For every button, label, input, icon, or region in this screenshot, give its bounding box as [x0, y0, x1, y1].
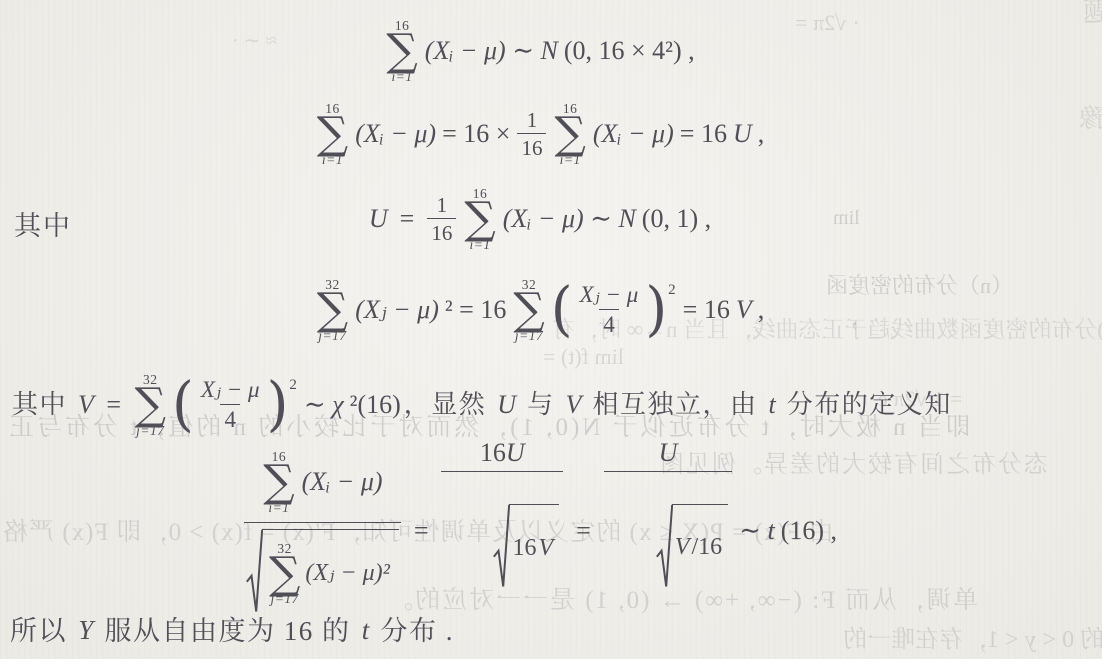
math-text: (Xᵢ − μ) [355, 120, 436, 149]
fraction-denominator: 4 [599, 309, 619, 338]
exponent: 2 [668, 282, 676, 299]
math-text: (Xᵢ − μ) ∼ N [503, 205, 636, 234]
math-text: V [675, 534, 690, 560]
fraction: Xⱼ − μ 4 [576, 282, 643, 339]
math-text: = 16 [683, 296, 730, 325]
parenthesized-fraction: ( Xⱼ − μ 4 ) 2 [552, 282, 677, 339]
math-text: t [769, 391, 776, 420]
bleedthrough-text: 对固定的 0 < y < 1，存在唯一的 [843, 627, 1102, 655]
summation-symbol: 16 ∑ i=1 [554, 100, 585, 168]
parenthesized-fraction: ( Xⱼ − μ 4 ) 2 [173, 377, 298, 434]
fraction-numerator: 1 [523, 108, 542, 133]
chinese-text: 分布的定义知 [779, 389, 952, 420]
summation-symbol: 32 ∑ j=17 [269, 540, 300, 608]
math-text: = 16 [680, 120, 727, 149]
chinese-text: 相互独立，由 [584, 389, 765, 420]
chinese-text: ，显然 [404, 389, 495, 420]
formula-line-2: 16 ∑ i=1 (Xᵢ − μ) = 16 × 1 16 16 ∑ i=1 (… [0, 92, 1080, 176]
formula-line-3: U = 1 16 16 ∑ i=1 (Xᵢ − μ) ∼ N (0, 1) , [0, 176, 1080, 262]
fraction-numerator: Xⱼ − μ [576, 282, 643, 309]
chinese-text: 服从自由度为 16 的 [96, 615, 359, 647]
math-text: (Xⱼ − μ) [355, 296, 439, 325]
math-text: /16 [692, 534, 723, 560]
formula-line-1: 16 ∑ i=1 (Xᵢ − μ) ∼ N (0, 16 × 4²) , [0, 8, 1080, 94]
summation-symbol: 16 ∑ i=1 [317, 100, 348, 168]
math-text: ²(16) [350, 391, 401, 420]
math-text: U [506, 438, 525, 467]
sigma-glyph: ∑ [263, 464, 294, 499]
sum-lower-limit: j=17 [515, 329, 543, 343]
radical-icon [656, 504, 673, 589]
formula-line-4: 32 ∑ j=17 (Xⱼ − μ) ² = 16 32 ∑ j=17 ( Xⱼ… [0, 260, 1080, 360]
math-text: , [758, 296, 765, 325]
math-text: ² = 16 [445, 296, 506, 325]
sigma-glyph: ∑ [464, 201, 495, 236]
math-text: (16) , [781, 517, 837, 546]
left-paren-glyph: ( [172, 383, 194, 427]
formula-line-6: 16 ∑ i=1 (Xᵢ − μ) 32 ∑ j=17 [0, 446, 1080, 616]
math-text: = [100, 391, 128, 420]
sum-lower-limit: i=1 [469, 238, 490, 252]
equals-sign: = [576, 517, 591, 546]
fraction: 1 16 [427, 193, 456, 245]
equals-sign: = [414, 517, 429, 546]
qizhong-label: 其中 [12, 389, 75, 420]
fraction-numerator: 1 [433, 193, 452, 218]
sigma-glyph: ∑ [269, 556, 300, 591]
bleedthrough-text: 豫 [1079, 104, 1102, 134]
fraction: Xⱼ − μ 4 [197, 377, 264, 434]
math-text: Y [78, 616, 93, 646]
math-text: V [736, 296, 752, 325]
math-text: t [362, 616, 370, 646]
math-text: 16 [480, 438, 506, 467]
radical-icon [246, 529, 263, 614]
summation-symbol: 16 ∑ i=1 [263, 448, 294, 516]
math-text: = 16 × [442, 120, 510, 149]
square-root: 32 ∑ j=17 (Xⱼ − μ)² [246, 529, 399, 614]
sum-lower-limit: i=1 [560, 153, 581, 167]
math-text: (0, 16 × 4²) , [564, 37, 695, 66]
fraction-numerator: Xⱼ − μ [197, 377, 264, 404]
big-fraction: 16 ∑ i=1 (Xᵢ − μ) 32 ∑ j=17 [244, 448, 401, 614]
exponent: 2 [289, 377, 297, 394]
math-text: , [758, 120, 765, 149]
left-paren-glyph: ( [551, 288, 573, 332]
square-root: 16V [493, 504, 559, 589]
fraction: 1 16 [517, 108, 546, 160]
sigma-glyph: ∑ [317, 292, 348, 327]
chinese-text: 与 [519, 389, 563, 420]
bleedthrough-text: 题 [1083, 0, 1102, 28]
fraction-denominator: 4 [220, 404, 240, 433]
math-text: ∼ t [739, 517, 775, 546]
sum-lower-limit: j=17 [270, 592, 298, 606]
chinese-text: 分布 . [372, 615, 454, 647]
summation-symbol: 16 ∑ i=1 [386, 17, 417, 85]
math-text: U [497, 391, 516, 420]
chinese-text: 所以 [10, 615, 75, 647]
equals-sign: = [400, 205, 415, 234]
summation-symbol: 32 ∑ j=17 [135, 371, 166, 439]
fraction-denominator: 16V [441, 471, 563, 624]
math-text: (Xᵢ − μ) [593, 120, 674, 149]
sum-lower-limit: i=1 [322, 153, 343, 167]
radical-icon [493, 504, 510, 589]
sigma-glyph: ∑ [317, 116, 348, 151]
radicand: 32 ∑ j=17 (Xⱼ − μ)² [262, 529, 399, 614]
sigma-glyph: ∑ [554, 116, 585, 151]
summation-symbol: 32 ∑ j=17 [317, 276, 348, 344]
summation-symbol: 16 ∑ i=1 [464, 185, 495, 253]
summation-symbol: 32 ∑ j=17 [513, 276, 544, 344]
fraction: U V/16 [604, 438, 732, 623]
math-text: ∼ χ [304, 391, 344, 420]
math-text: (Xᵢ − μ) ∼ N [425, 37, 558, 66]
math-text: U [369, 205, 388, 234]
right-paren-glyph: ) [645, 288, 667, 332]
math-text: (Xⱼ − μ)² [305, 560, 389, 586]
sum-lower-limit: j=17 [318, 329, 346, 343]
math-text: 16 [512, 535, 536, 561]
math-text: V [538, 535, 553, 561]
math-text: U [733, 120, 752, 149]
fraction-denominator: 16 [517, 133, 546, 160]
sigma-glyph: ∑ [513, 292, 544, 327]
big-fraction-denominator: 32 ∑ j=17 (Xⱼ − μ)² [244, 522, 401, 614]
sigma-glyph: ∑ [135, 387, 166, 422]
radicand: 16V [509, 504, 559, 589]
sigma-glyph: ∑ [386, 33, 417, 68]
conclusion-line: 所以 Y 服从自由度为 16 的 t 分布 . [10, 608, 454, 654]
fraction-numerator: U [653, 438, 684, 471]
square-root: V/16 [656, 504, 728, 589]
math-text: V [78, 391, 94, 420]
textbook-page: ≈ ∽ · · √2π = lim （n）分布的密度函 ， Γ(n)分布的密度函… [0, 0, 1102, 659]
right-paren-glyph: ) [267, 383, 289, 427]
fraction: 16U 16V [441, 438, 563, 624]
big-fraction-numerator: 16 ∑ i=1 (Xᵢ − μ) [249, 448, 395, 522]
math-text: (0, 1) , [642, 205, 711, 234]
sum-lower-limit: i=1 [268, 501, 289, 515]
math-text: (Xᵢ − μ) [302, 468, 383, 497]
fraction-numerator: 16U [474, 438, 531, 472]
radicand: V/16 [672, 504, 728, 589]
math-text: V [566, 391, 582, 420]
fraction-denominator: V/16 [604, 471, 732, 624]
fraction-denominator: 16 [427, 218, 456, 245]
sum-lower-limit: i=1 [392, 70, 413, 84]
sum-lower-limit: j=17 [136, 424, 164, 438]
